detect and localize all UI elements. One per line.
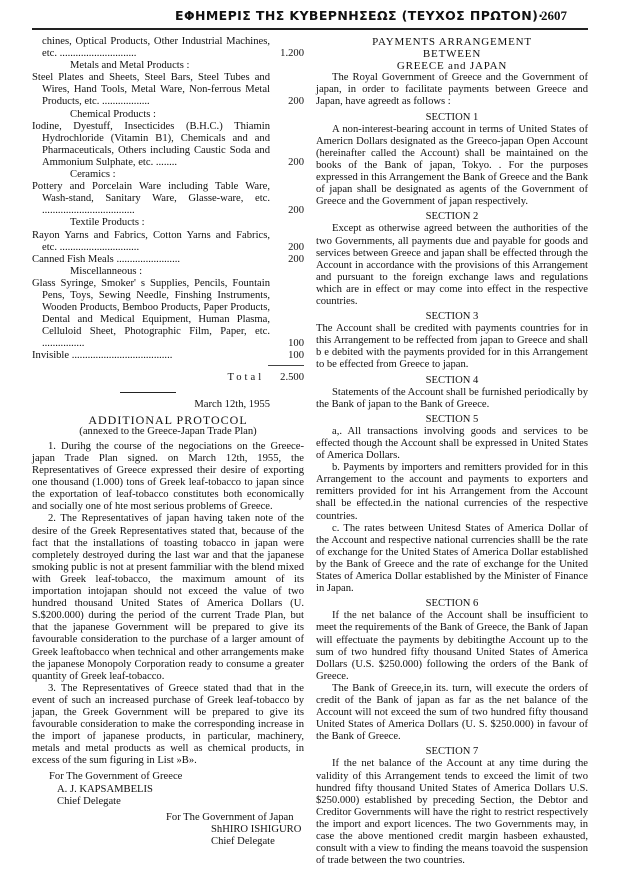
page-number: 2607: [541, 8, 567, 24]
section-heading: SECTION 6: [316, 598, 588, 610]
category-heading: Metals and Metal Products :: [32, 60, 304, 72]
section-heading: SECTION 1: [316, 112, 588, 124]
section-heading: SECTION 7: [316, 746, 588, 758]
list-item: Glass Syringe, Smoker' s Supplies, Penci…: [32, 278, 304, 351]
arrangement-parties: GREECE and JAPAN: [316, 60, 588, 72]
section-paragraph: If the net balance of the Account at any…: [316, 758, 588, 867]
section-heading: SECTION 3: [316, 311, 588, 323]
arrangement-title: PAYMENTS ARRANGEMENT: [316, 36, 588, 48]
protocol-paragraph: 2. The Representatives of japan having t…: [32, 513, 304, 682]
section-paragraph: c. The rates between Unitesd States of A…: [316, 523, 588, 596]
right-column: PAYMENTS ARRANGEMENT BETWEEN GREECE and …: [316, 36, 588, 867]
section-paragraph: A non-interest-bearing account in terms …: [316, 124, 588, 209]
intro-paragraph: The Royal Government of Greece and the G…: [316, 72, 588, 108]
signatory-name: A. J. KAPSAMBELIS: [49, 784, 304, 796]
section-paragraph: If the net balance of the Account shall …: [316, 610, 588, 683]
list-item: Invisible ..............................…: [32, 350, 304, 362]
section-paragraph: a,. All transactions involving goods and…: [316, 426, 588, 462]
list-item: Steel Plates and Sheets, Steel Bars, Ste…: [32, 72, 304, 108]
total-rule: [268, 365, 304, 366]
category-heading: Miscellanneous :: [32, 266, 304, 278]
category-heading: Ceramics :: [32, 169, 304, 181]
protocol-paragraph: 3. The Representatives of Greece stated …: [32, 683, 304, 768]
section-heading: SECTION 4: [316, 375, 588, 387]
section-heading: SECTION 5: [316, 414, 588, 426]
arrangement-between: BETWEEN: [316, 48, 588, 60]
total-value: 2.500: [280, 372, 304, 384]
protocol-subtitle: (annexed to the Greece-Japan Trade Plan): [32, 426, 304, 438]
list-item: Pottery and Porcelain Ware including Tab…: [32, 181, 304, 217]
protocol-date: March 12th, 1955: [32, 399, 304, 411]
section-divider: [120, 392, 176, 393]
category-heading: Textile Products :: [32, 217, 304, 229]
signatory-role: Chief Delegate: [49, 796, 304, 808]
section-paragraph: Statements of the Account shall be furni…: [316, 387, 588, 411]
signatory-role: Chief Delegate: [166, 836, 304, 848]
left-column: chines, Optical Products, Other Industri…: [32, 36, 304, 848]
section-paragraph: The Bank of Greece,in its. turn, will ex…: [316, 683, 588, 743]
signature-japan: For The Government of Japan ShHIRO ISHIG…: [32, 812, 304, 848]
list-item: chines, Optical Products, Other Industri…: [32, 36, 304, 60]
gazette-title: ΕΦΗΜΕΡΙΣ ΤΗΣ ΚΥΒΕΡΝΗΣΕΩΣ (ΤΕΥΧΟΣ ΠΡΩΤΟΝ)…: [175, 8, 543, 23]
list-item: Canned Fish Meals ......................…: [32, 254, 304, 266]
page-header: ΕΦΗΜΕΡΙΣ ΤΗΣ ΚΥΒΕΡΝΗΣΕΩΣ (ΤΕΥΧΟΣ ΠΡΩΤΟΝ)…: [0, 8, 619, 28]
category-heading: Chemical Products :: [32, 109, 304, 121]
signature-greece: For The Government of Greece A. J. KAPSA…: [32, 771, 304, 807]
list-item: Iodine, Dyestuff, Insecticides (B.H.C.) …: [32, 121, 304, 169]
protocol-paragraph: 1. Durihg the course of the negociations…: [32, 441, 304, 514]
total-label: Total: [228, 372, 265, 384]
header-rule: [32, 28, 588, 30]
section-paragraph: Except as otherwise agreed between the a…: [316, 223, 588, 308]
total-row: Total 2.500: [32, 372, 304, 384]
section-heading: SECTION 2: [316, 211, 588, 223]
section-paragraph: The Account shall be credited with payme…: [316, 323, 588, 371]
trade-list: chines, Optical Products, Other Industri…: [32, 36, 304, 363]
list-item: Rayon Yarns and Fabrics, Cotton Yarns an…: [32, 230, 304, 254]
section-paragraph: b. Payments by importers and remitters p…: [316, 462, 588, 522]
signatory-name: ShHIRO ISHIGURO: [166, 824, 304, 836]
protocol-title: ADDITIONAL PROTOCOL: [32, 414, 304, 426]
